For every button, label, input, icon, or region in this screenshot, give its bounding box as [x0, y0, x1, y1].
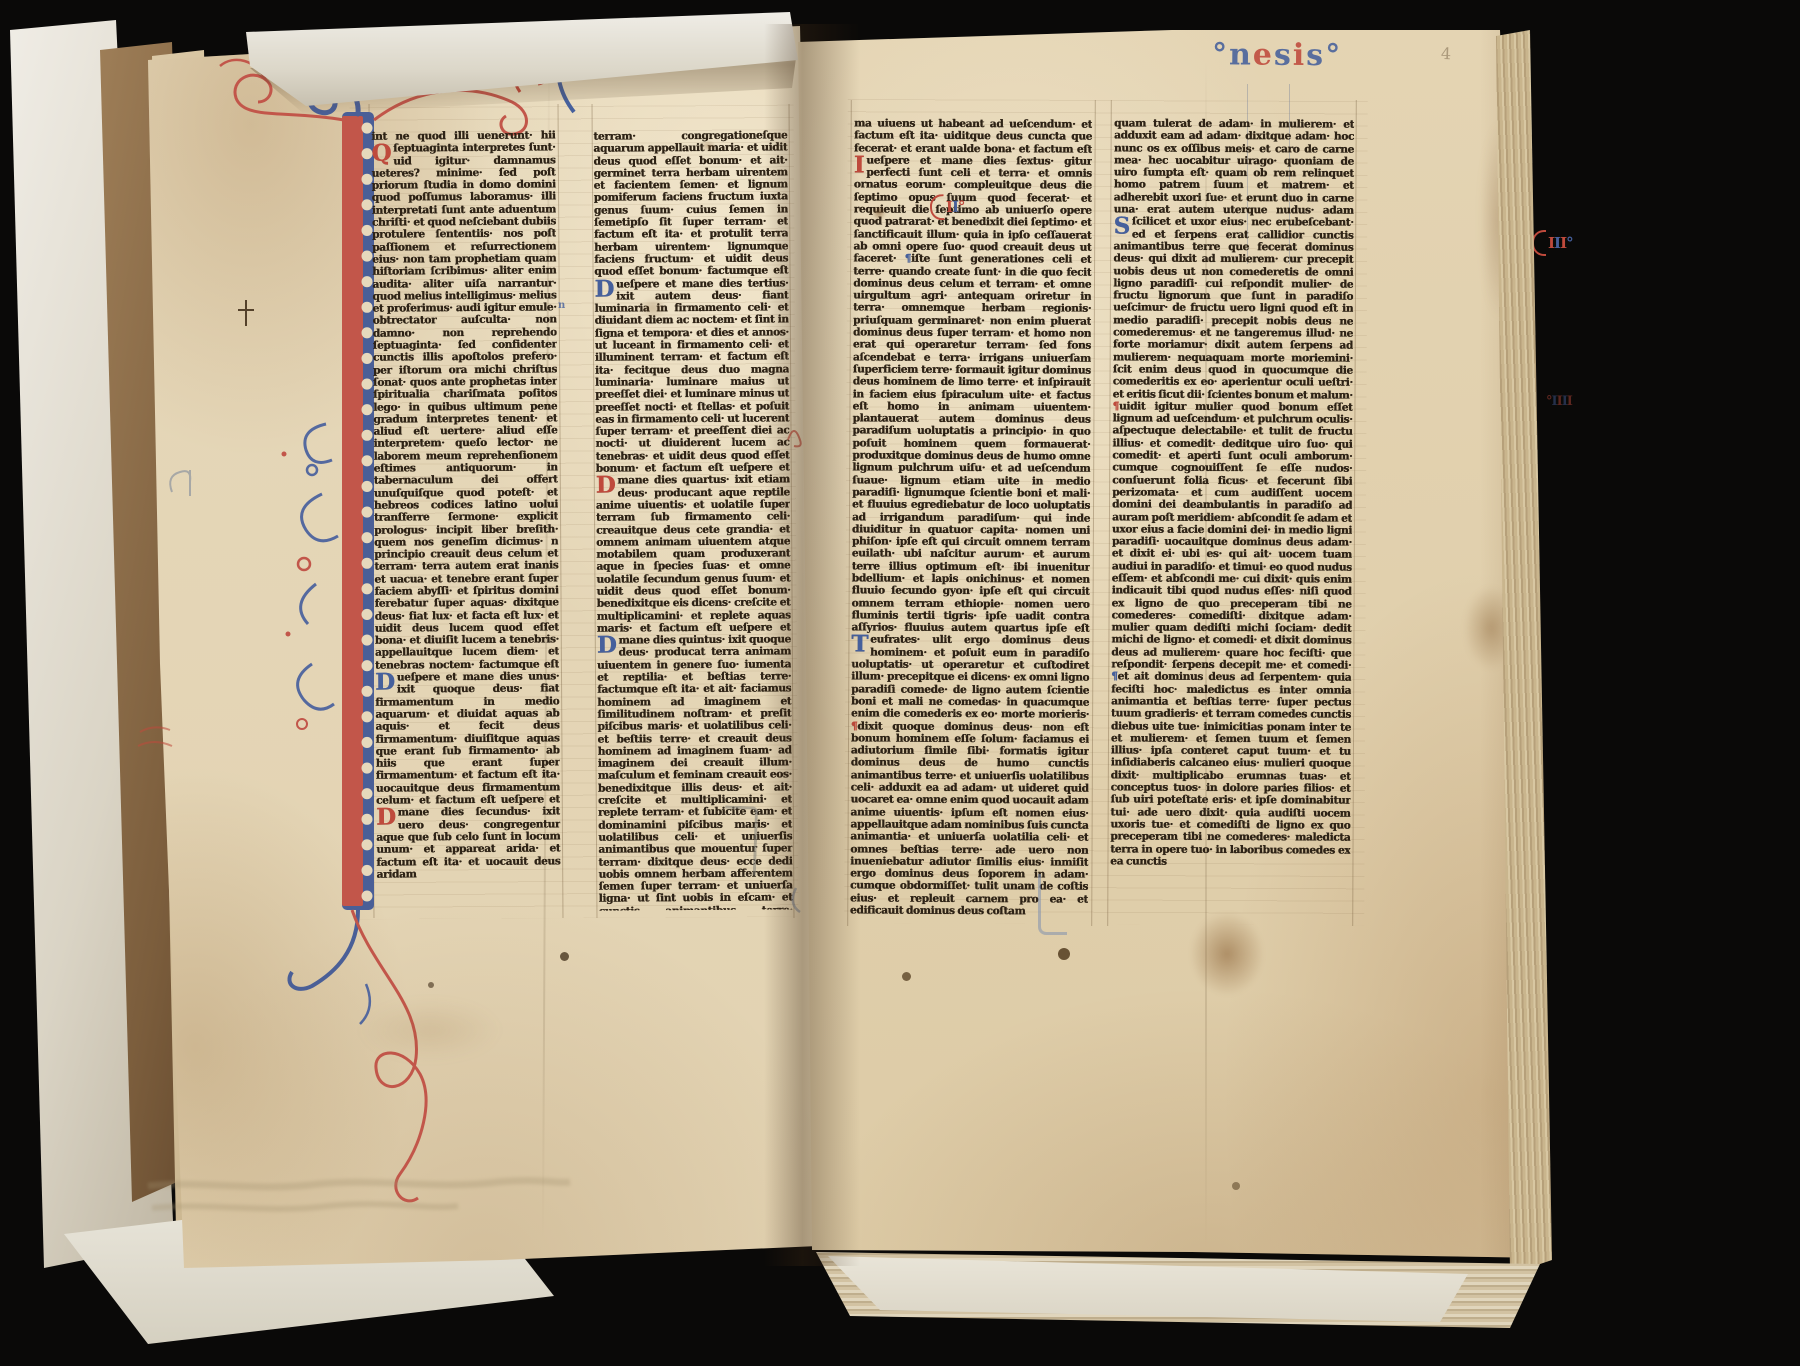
wormhole — [1232, 1182, 1240, 1190]
wormhole — [560, 952, 569, 961]
scripture-text: ma uiuens ut habeant ad ueſcendum· et fa… — [854, 117, 1092, 167]
illuminated-initial: D — [596, 475, 616, 497]
header-letter: ° — [1325, 38, 1340, 73]
chapter-numeral: °IIII — [1546, 394, 1572, 409]
illuminated-initial: D — [375, 672, 395, 694]
scripture-text: gitur perfecti ſunt celi et terra· et om… — [853, 155, 1092, 265]
chapter-numeral: III° — [1548, 234, 1573, 252]
scripture-text: int ne quod illi uenerunt· hii ſeptuagin… — [371, 129, 555, 154]
scripture-text: ixit quoque deus· fiat firmamentum in me… — [375, 683, 560, 819]
header-letter: ° — [958, 197, 965, 215]
pen-trial-cross — [234, 296, 258, 330]
stain — [640, 298, 666, 318]
stain — [700, 140, 716, 152]
scripture-text: ed et ſerpens erat callidior cunctis ani… — [1113, 228, 1354, 401]
header-letter: s — [1306, 38, 1323, 73]
illuminated-initial: D — [594, 278, 614, 300]
header-letter: ° — [1566, 234, 1573, 252]
illuminated-initial: S — [1113, 216, 1129, 238]
manuscript-photo: int ne quod illi uenerunt· hii ſeptuagin… — [0, 0, 1800, 1366]
text-column-a: int ne quod illi uenerunt· hii ſeptuagin… — [371, 129, 560, 910]
header-letter: n — [1229, 37, 1251, 72]
illuminated-initial: Q — [371, 143, 391, 165]
stain — [872, 206, 886, 220]
scripture-text: uid igitur· damnamus ueteres? minime· ſe… — [372, 154, 559, 548]
text-column-c: ma uiuens ut habeant ad ueſcendum· et fa… — [850, 117, 1092, 916]
scripture-text: et ait dominus deus ad ſerpentem· quia f… — [1110, 671, 1351, 868]
scripture-text: iſte ſunt generationes celi et terre· qu… — [851, 253, 1091, 646]
scripture-text: quam tulerat de adam· in mulierem· et ad… — [1114, 117, 1355, 229]
scripture-text: uidit igitur mulier quod bonum eſſet lig… — [1111, 400, 1352, 671]
text-column-d: quam tulerat de adam· in mulierem· et ad… — [1110, 117, 1354, 916]
chapter-bracket — [1532, 230, 1546, 256]
scripture-text: ixit etiam deus· producant aque reptile … — [596, 474, 791, 647]
header-letter: e — [1253, 38, 1272, 73]
chapter-mark-iiii: °IIII — [1546, 394, 1572, 409]
header-letter: I — [1567, 394, 1572, 409]
chapter-bracket — [930, 194, 945, 220]
wormhole — [902, 972, 911, 981]
chapter-mark-ii: II° — [930, 193, 965, 220]
running-header-right: °nesis° — [1212, 37, 1402, 89]
chapter-mark-iii: III° — [1532, 230, 1573, 256]
stain — [1190, 912, 1264, 996]
wormhole — [1058, 948, 1070, 960]
wormhole — [428, 982, 434, 988]
marginal-correction: n — [558, 300, 565, 311]
scripture-text: ulit ergo dominus deus hominem· et poſui… — [851, 634, 1089, 721]
red-margin-note — [134, 722, 182, 762]
header-letter: i — [1293, 38, 1305, 73]
chapter-numeral: II° — [946, 197, 965, 216]
show-through-initial — [1038, 874, 1067, 935]
folio-number: 4 — [1441, 44, 1452, 63]
text-column-b: terram· congregationeſque aquarum appell… — [593, 129, 792, 910]
scripture-text: terram· congregationeſque aquarum appell… — [593, 129, 788, 290]
scripture-text: n principio creauit deus celum et terram… — [374, 535, 559, 683]
illuminated-initial: D — [376, 807, 396, 829]
erased-margin-lines — [138, 1172, 578, 1224]
faded-margin-note — [164, 462, 204, 502]
scripture-text: ixit autem deus· fiant luminaria in firm… — [594, 289, 789, 487]
show-through-mark — [723, 805, 758, 875]
foxing — [360, 1000, 500, 1060]
illuminated-initial: D — [597, 635, 617, 657]
gutter-shadow — [764, 24, 860, 1266]
header-letter: ° — [1212, 37, 1227, 72]
header-letter: s — [1274, 38, 1291, 73]
